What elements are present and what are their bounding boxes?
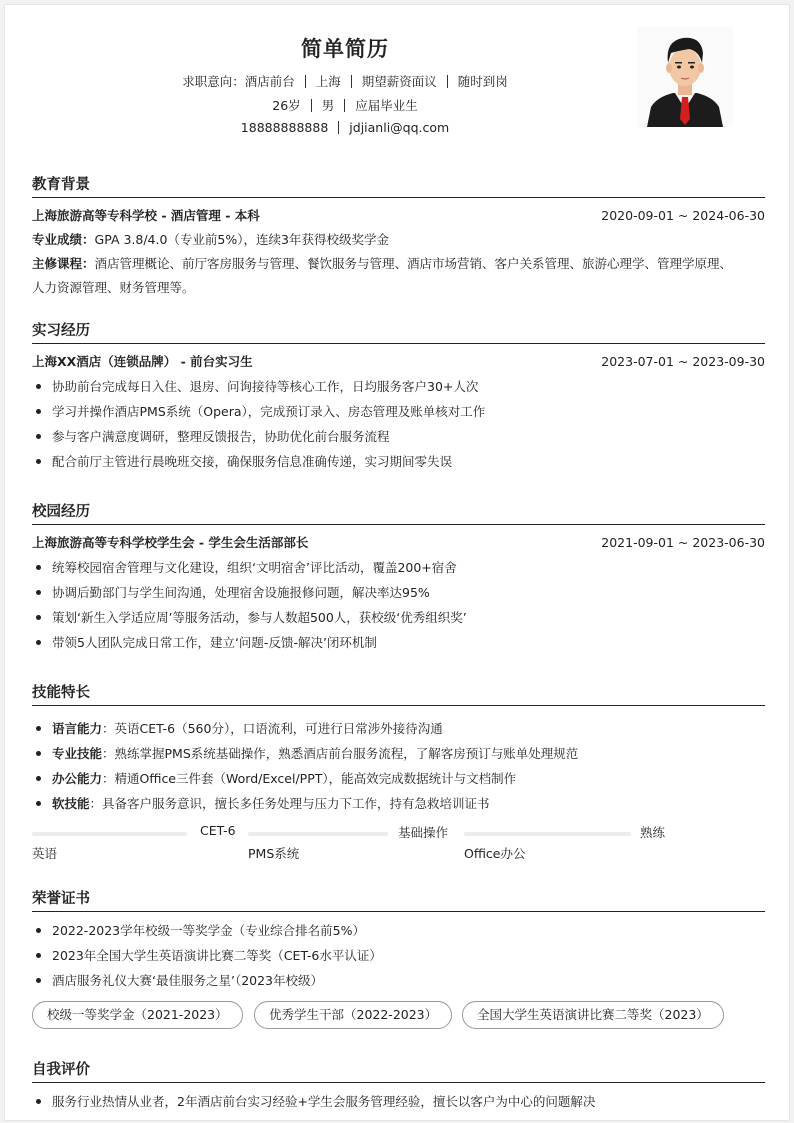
campus-bullets: 统筹校园宿舍管理与文化建设，组织‘文明宿舍’评比活动，覆盖200+宿舍 协调后勤… (32, 555, 765, 655)
section-title: 荣誉证书 (32, 889, 765, 912)
courses-line: 主修课程：酒店管理概论、前厅客房服务与管理、餐饮服务与管理、酒店市场营销、客户关… (32, 252, 765, 276)
self-eval-bullets: 服务行业热情从业者，2年酒店前台实习经验+学生会服务管理经验，擅长以客户为中心的… (32, 1089, 765, 1114)
status: 应届毕业生 (355, 98, 418, 113)
courses-line-2: 人力资源管理、财务管理等。 (32, 276, 765, 300)
skill-track (32, 832, 187, 836)
divider (338, 121, 339, 134)
resume-page: 简单简历 求职意向：酒店前台上海期望薪资面议随时到岗 26岁男应届毕业生 188… (4, 4, 790, 1121)
contact-line: 18888888888jdjianli@qq.com (5, 120, 685, 135)
location: 上海 (316, 74, 341, 89)
section-title: 自我评价 (32, 1060, 765, 1083)
skill-name: Office办公 (464, 844, 526, 862)
education-entry-head: 上海旅游高等专科学校 - 酒店管理 - 本科 2020-09-01 ~ 2024… (32, 204, 765, 228)
internship-section: 实习经历 上海XX酒店（连锁品牌） - 前台实习生 2023-07-01 ~ 2… (32, 321, 765, 474)
skill-level: 熟练 (640, 823, 665, 841)
job-intent-line: 求职意向：酒店前台上海期望薪资面议随时到岗 (5, 72, 685, 90)
section-title: 实习经历 (32, 321, 765, 344)
skill-label: 专业技能 (52, 746, 102, 761)
skill-label: 语言能力 (52, 721, 102, 736)
age: 26岁 (272, 98, 300, 113)
list-item: 学习并操作酒店PMS系统（Opera），完成预订录入、房态管理及账单核对工作 (32, 399, 765, 424)
resume-header: 简单简历 求职意向：酒店前台上海期望薪资面议随时到岗 26岁男应届毕业生 188… (5, 5, 791, 155)
skill-label: 办公能力 (52, 771, 102, 786)
skills-section: 技能特长 语言能力：英语CET-6（560分），口语流利，可进行日常涉外接待沟通… (32, 683, 765, 864)
honor-badge: 校级一等奖学金（2021-2023） (32, 1001, 243, 1029)
courses-label: 主修课程： (32, 256, 95, 271)
resume-name: 简单简历 (5, 33, 685, 63)
honor-badge: 全国大学生英语演讲比赛二等奖（2023） (462, 1001, 724, 1029)
email: jdjianli@qq.com (349, 120, 449, 135)
date-range: 2023-07-01 ~ 2023-09-30 (601, 350, 765, 374)
section-title: 校园经历 (32, 502, 765, 525)
list-item: 软技能：具备客户服务意识，擅长多任务处理与压力下工作，持有急救培训证书 (32, 791, 765, 816)
list-item: 协调后勤部门与学生间沟通，处理宿舍设施报修问题，解决率达95% (32, 580, 765, 605)
self-evaluation-section: 自我评价 服务行业热情从业者，2年酒店前台实习经验+学生会服务管理经验，擅长以客… (32, 1060, 765, 1114)
courses-text: 酒店管理概论、前厅客房服务与管理、餐饮服务与管理、酒店市场营销、客户关系管理、旅… (95, 256, 733, 271)
honor-badges: 校级一等奖学金（2021-2023） 优秀学生干部（2022-2023） 全国大… (32, 1001, 765, 1037)
honor-badge: 优秀学生干部（2022-2023） (254, 1001, 452, 1029)
school-name: 上海旅游高等专科学校 - 酒店管理 - 本科 (32, 208, 260, 223)
divider (305, 75, 306, 88)
job-intent: 求职意向：酒店前台 (182, 74, 295, 89)
skill-bar-english: CET-6 英语 (32, 820, 247, 864)
personal-info-line: 26岁男应届毕业生 (5, 96, 685, 114)
divider (344, 99, 345, 112)
skills-bullets: 语言能力：英语CET-6（560分），口语流利，可进行日常涉外接待沟通 专业技能… (32, 716, 765, 816)
gpa-text: GPA 3.8/4.0（专业前5%），连续3年获得校级奖学金 (95, 232, 389, 247)
skill-name: 英语 (32, 844, 57, 862)
list-item: 专业技能：熟练掌握PMS系统基础操作，熟悉酒店前台服务流程，了解客房预订与账单处… (32, 741, 765, 766)
skill-name: PMS系统 (248, 844, 299, 862)
internship-bullets: 协助前台完成每日入住、退房、问询接待等核心工作，日均服务客户30+人次 学习并操… (32, 374, 765, 474)
date-range: 2021-09-01 ~ 2023-06-30 (601, 531, 765, 555)
campus-entry-head: 上海旅游高等专科学校学生会 - 学生会生活部部长 2021-09-01 ~ 20… (32, 531, 765, 555)
list-item: 统筹校园宿舍管理与文化建设，组织‘文明宿舍’评比活动，覆盖200+宿舍 (32, 555, 765, 580)
skill-text: ：英语CET-6（560分），口语流利，可进行日常涉外接待沟通 (102, 721, 443, 736)
gpa-line: 专业成绩：GPA 3.8/4.0（专业前5%），连续3年获得校级奖学金 (32, 228, 765, 252)
phone: 18888888888 (241, 120, 328, 135)
divider (447, 75, 448, 88)
salary: 期望薪资面议 (362, 74, 437, 89)
internship-entry-head: 上海XX酒店（连锁品牌） - 前台实习生 2023-07-01 ~ 2023-0… (32, 350, 765, 374)
divider (351, 75, 352, 88)
section-title: 技能特长 (32, 683, 765, 706)
list-item: 参与客户满意度调研，整理反馈报告，协助优化前台服务流程 (32, 424, 765, 449)
list-item: 协助前台完成每日入住、退房、问询接待等核心工作，日均服务客户30+人次 (32, 374, 765, 399)
skill-text: ：具备客户服务意识，擅长多任务处理与压力下工作，持有急救培训证书 (90, 796, 490, 811)
list-item: 配合前厅主管进行晨晚班交接，确保服务信息准确传递，实习期间零失误 (32, 449, 765, 474)
honors-bullets: 2022-2023学年校级一等奖学金（专业综合排名前5%） 2023年全国大学生… (32, 918, 765, 993)
gpa-label: 专业成绩： (32, 232, 95, 247)
skill-track (464, 832, 631, 836)
education-section: 教育背景 上海旅游高等专科学校 - 酒店管理 - 本科 2020-09-01 ~… (32, 175, 765, 300)
section-title: 教育背景 (32, 175, 765, 198)
list-item: 服务行业热情从业者，2年酒店前台实习经验+学生会服务管理经验，擅长以客户为中心的… (32, 1089, 765, 1114)
avatar (637, 27, 733, 127)
skill-text: ：熟练掌握PMS系统基础操作，熟悉酒店前台服务流程，了解客房预订与账单处理规范 (102, 746, 578, 761)
skill-bar-pms: 基础操作 PMS系统 (248, 820, 463, 864)
list-item: 带领5人团队完成日常工作，建立‘问题-反馈-解决’闭环机制 (32, 630, 765, 655)
org-name: 上海旅游高等专科学校学生会 - 学生会生活部部长 (32, 535, 308, 550)
avatar-photo-icon (637, 27, 733, 127)
list-item: 2022-2023学年校级一等奖学金（专业综合排名前5%） (32, 918, 765, 943)
company-name: 上海XX酒店（连锁品牌） - 前台实习生 (32, 354, 253, 369)
skill-text: ：精通Office三件套（Word/Excel/PPT），能高效完成数据统计与文… (102, 771, 516, 786)
skill-track (248, 832, 388, 836)
skill-level: 基础操作 (398, 823, 448, 841)
campus-section: 校园经历 上海旅游高等专科学校学生会 - 学生会生活部部长 2021-09-01… (32, 502, 765, 655)
date-range: 2020-09-01 ~ 2024-06-30 (601, 204, 765, 228)
list-item: 2023年全国大学生英语演讲比赛二等奖（CET-6水平认证） (32, 943, 765, 968)
list-item: 策划‘新生入学适应周’等服务活动，参与人数超500人，获校级‘优秀组织奖’ (32, 605, 765, 630)
skill-bar-office: 熟练 Office办公 (464, 820, 679, 864)
list-item: 语言能力：英语CET-6（560分），口语流利，可进行日常涉外接待沟通 (32, 716, 765, 741)
honors-section: 荣誉证书 2022-2023学年校级一等奖学金（专业综合排名前5%） 2023年… (32, 889, 765, 1037)
skill-level: CET-6 (200, 823, 236, 838)
skill-bars: CET-6 英语 基础操作 PMS系统 熟练 Office办公 (32, 820, 765, 864)
divider (311, 99, 312, 112)
list-item: 办公能力：精通Office三件套（Word/Excel/PPT），能高效完成数据… (32, 766, 765, 791)
skill-label: 软技能 (52, 796, 90, 811)
list-item: 酒店服务礼仪大赛‘最佳服务之星’（2023年校级） (32, 968, 765, 993)
gender: 男 (322, 98, 335, 113)
availability: 随时到岗 (458, 74, 508, 89)
